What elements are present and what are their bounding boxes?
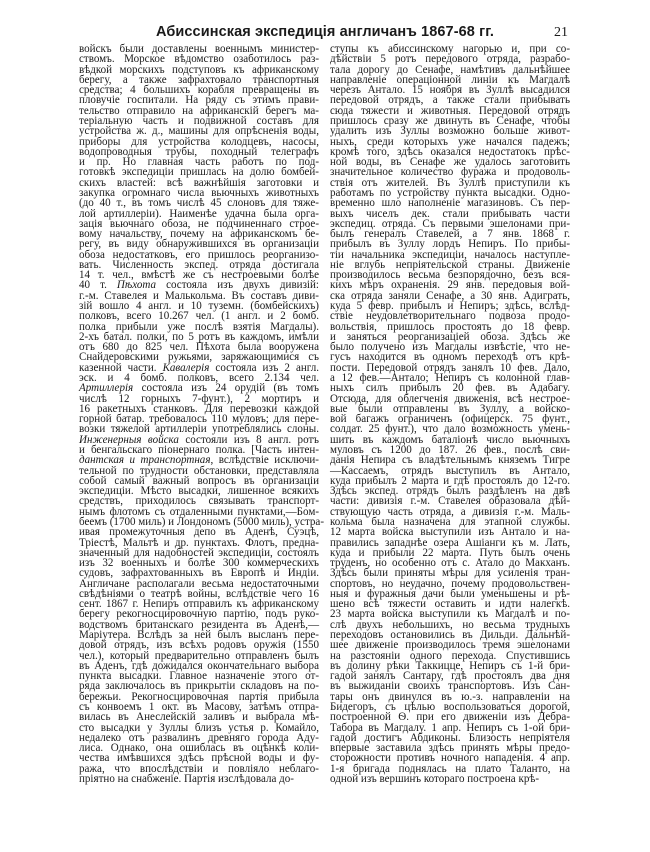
page-number: 21 [554,25,568,41]
text-line: (до 40 т., въ томъ числѣ 45 слоновъ для … [79,198,319,208]
text-column-left: войскъ были доставлены военнымъ министер… [79,44,319,784]
text-line: 12 марта войска выступили изъ Антало и н… [330,527,570,537]
text-line: пріятно на снабженіе. Партія изслѣдовала… [79,774,319,784]
running-title: Абиссинская экспедиція англичанъ 1867-68… [80,24,570,40]
text-line: дантская и транспортная, вслѣдствіе искл… [79,455,319,465]
page-header: Абиссинская экспедиція англичанъ 1867-68… [80,24,570,42]
text-line: удалить изъ Зуллы возможно больше живот- [330,126,570,136]
text-line: данія Непира съ владѣтельнымъ княземъ Ти… [330,455,570,465]
text-line: одной изъ вершинъ котораго построена крѣ… [330,774,570,784]
text-column-right: ступы къ абиссинскому нагорью и, при со-… [330,44,570,784]
text-line: устройства ж. д., машины для опрѣсненія … [79,126,319,136]
text-line: ивая промежуточныя депо въ Аденѣ, Суэцѣ, [79,527,319,537]
text-line: временно шло наполненіе магазиновъ. Съ п… [330,198,570,208]
